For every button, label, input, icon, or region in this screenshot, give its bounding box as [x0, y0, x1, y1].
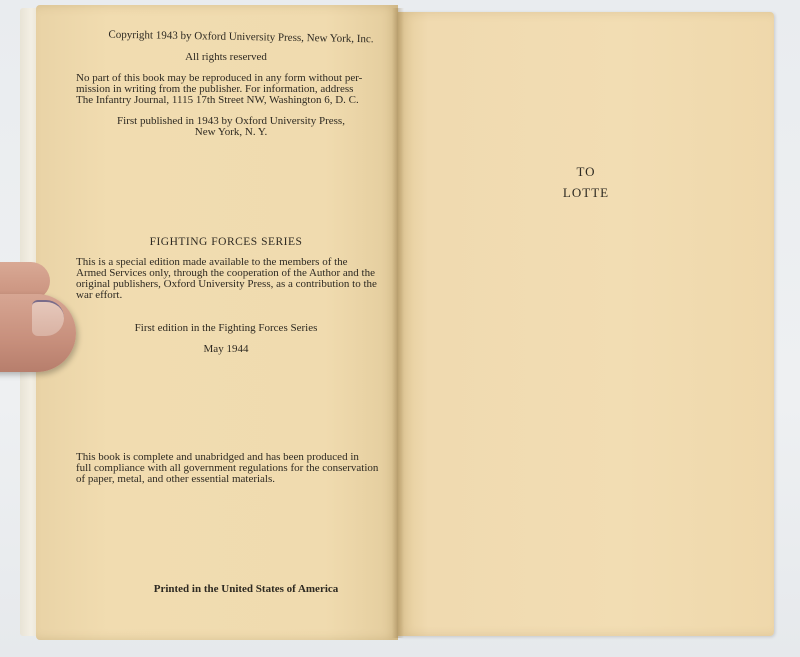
dedication-page: TO LOTTE: [398, 12, 774, 636]
rights-reserved: All rights reserved: [76, 51, 376, 63]
dedication-name: LOTTE: [398, 185, 774, 201]
hand-thumb: [0, 262, 80, 392]
open-book: Copyright 1943 by Oxford University Pres…: [0, 0, 800, 657]
edition-date: May 1944: [56, 343, 396, 355]
copyright-page: Copyright 1943 by Oxford University Pres…: [36, 5, 398, 640]
printed-in-usa: Printed in the United States of America: [56, 583, 398, 595]
book-gutter: [392, 8, 404, 638]
dedication-to: TO: [398, 164, 774, 180]
edition-line: First edition in the Fighting Forces Ser…: [56, 322, 396, 334]
compliance-line-3: of paper, metal, and other essential mat…: [76, 473, 275, 485]
permission-line-3: The Infantry Journal, 1115 17th Street N…: [76, 94, 359, 106]
copyright-line: Copyright 1943 by Oxford University Pres…: [86, 28, 396, 45]
series-text-line-4: war effort.: [76, 289, 122, 301]
series-title: FIGHTING FORCES SERIES: [56, 236, 396, 248]
first-published-line-2: New York, N. Y.: [76, 126, 386, 138]
